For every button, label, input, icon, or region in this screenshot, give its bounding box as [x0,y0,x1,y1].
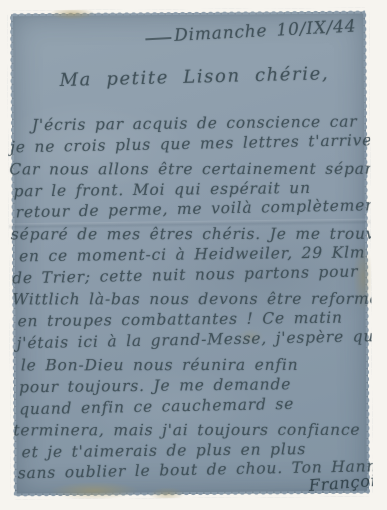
handwritten-line: Car nous allons être certainement séparé… [9,160,373,179]
handwritten-line: et je t'aimerais de plus en plus [21,440,306,461]
handwritten-line: le Bon-Dieu nous réunira enfin [21,356,299,374]
underline-flourish [145,36,171,40]
handwritten-line: en troupes combattantes ! Ce matin [17,309,342,331]
handwritten-line: J'écris par acquis de conscience car [32,113,358,135]
handwritten-line: pour toujours. Je me demande [19,375,291,396]
handwritten-line: terminera, mais j'ai toujours confiance [13,421,360,440]
scanned-letter-page: Dimanche 10/IX/44 Ma petite Lison chérie… [0,0,387,510]
handwritten-line: séparé de mes êtres chéris. Je me trouve [11,225,373,244]
handwritten-line: Wittlich là-bas nous devons être reformé… [12,290,373,309]
letter-card-paper: Dimanche 10/IX/44 Ma petite Lison chérie… [7,8,373,500]
handwritten-line: par le front. Moi qui espérait un [13,179,311,200]
